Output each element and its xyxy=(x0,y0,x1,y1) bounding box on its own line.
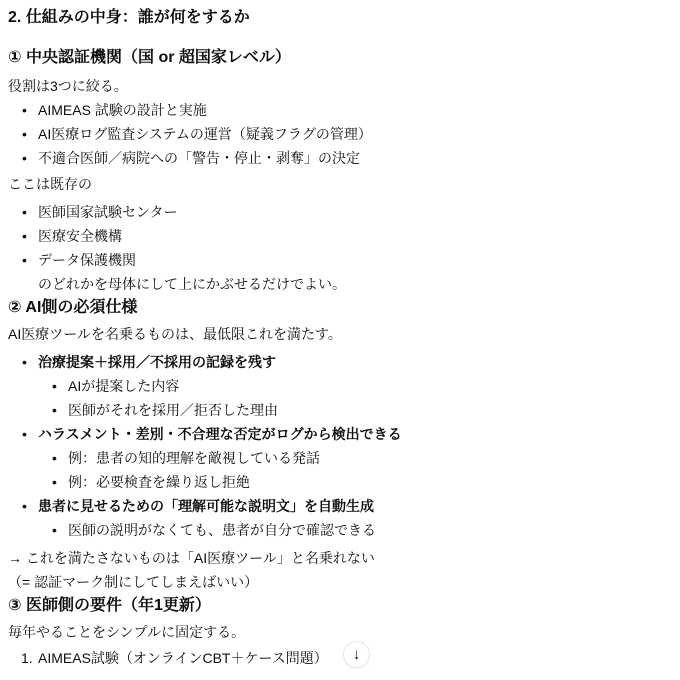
list-item-label: データ保護機関 xyxy=(38,248,660,272)
list-item: ハラスメント・差別・不合理な否定がログから検出できる 例：患者の知的理解を敵視し… xyxy=(8,422,660,494)
list-item: 例：患者の知的理解を敵視している発話 xyxy=(38,446,660,470)
section-3-intro: 毎年やることをシンプルに固定する。 xyxy=(8,622,660,642)
section-3-numbered-list: 1. AIMEAS試験（オンラインCBT＋ケース問題） xyxy=(8,646,660,670)
section-3-heading: ③ 医師側の要件（年1更新） xyxy=(8,594,660,618)
requirement-sublist: AIが提案した内容 医師がそれを採用／拒否した理由 xyxy=(38,374,660,422)
section-1-heading: ① 中央認証機関（国 or 超国家レベル） xyxy=(8,46,660,70)
requirement-label: 患者に見せるための「理解可能な説明文」を自動生成 xyxy=(38,498,374,514)
list-item: AIが提案した内容 xyxy=(38,374,660,398)
section-1-role-list: AIMEAS 試験の設計と実施 AI医療ログ監査システムの運営（疑義フラグの管理… xyxy=(8,98,660,170)
section-2-requirements-list: 治療提案＋採用／不採用の記録を残す AIが提案した内容 医師がそれを採用／拒否し… xyxy=(8,350,660,542)
page-title: 2. 仕組みの中身：誰が何をするか xyxy=(8,6,660,30)
list-item: データ保護機関 のどれかを母体にして上にかぶせるだけでよい。 xyxy=(8,248,660,296)
requirement-sublist: 例：患者の知的理解を敵視している発話 例：必要検査を繰り返し拒絶 xyxy=(38,446,660,494)
section-2-heading: ② AI側の必須仕様 xyxy=(8,296,660,320)
list-item: 患者に見せるための「理解可能な説明文」を自動生成 医師の説明がなくても、患者が自… xyxy=(8,494,660,542)
list-item: 例：必要検査を繰り返し拒絶 xyxy=(38,470,660,494)
list-item: 治療提案＋採用／不採用の記録を残す AIが提案した内容 医師がそれを採用／拒否し… xyxy=(8,350,660,422)
numbered-list-item: 1. AIMEAS試験（オンラインCBT＋ケース問題） xyxy=(8,646,660,670)
list-item: AIMEAS 試験の設計と実施 xyxy=(8,98,660,122)
requirement-label: 治療提案＋採用／不採用の記録を残す xyxy=(38,354,276,370)
scroll-to-bottom-button[interactable]: ↓ xyxy=(343,641,370,668)
list-item: 不適合医師／病院への「警告・停止・剥奪」の決定 xyxy=(8,146,660,170)
conclusion-line: （= 認証マーク制にしてしまえばいい） xyxy=(8,570,660,594)
section-1-body-list: 医師国家試験センター 医療安全機構 データ保護機関 のどれかを母体にして上にかぶ… xyxy=(8,200,660,296)
requirement-sublist: 医師の説明がなくても、患者が自分で確認できる xyxy=(38,518,660,542)
list-item: AI医療ログ監査システムの運営（疑義フラグの管理） xyxy=(8,122,660,146)
list-item-continuation: のどれかを母体にして上にかぶせるだけでよい。 xyxy=(38,272,660,296)
section-1-note: ここは既存の xyxy=(8,174,660,194)
down-arrow-icon: ↓ xyxy=(353,647,361,662)
requirement-label: ハラスメント・差別・不合理な否定がログから検出できる xyxy=(38,426,402,442)
list-item-label: AIMEAS試験（オンラインCBT＋ケース問題） xyxy=(38,650,328,666)
list-item: 医療安全機構 xyxy=(8,224,660,248)
list-item: 医師の説明がなくても、患者が自分で確認できる xyxy=(38,518,660,542)
document-page: 2. 仕組みの中身：誰が何をするか ① 中央認証機関（国 or 超国家レベル） … xyxy=(0,0,680,670)
list-item: 医師国家試験センター xyxy=(8,200,660,224)
list-item-number: 1. xyxy=(21,646,33,670)
section-2-intro: AI医療ツールを名乗るものは、最低限これを満たす。 xyxy=(8,324,660,344)
section-2-conclusion: → これを満たさないものは「AI医療ツール」と名乗れない （= 認証マーク制にし… xyxy=(8,546,660,594)
list-item: 医師がそれを採用／拒否した理由 xyxy=(38,398,660,422)
conclusion-line: → これを満たさないものは「AI医療ツール」と名乗れない xyxy=(8,546,660,570)
section-1-intro: 役割は3つに絞る。 xyxy=(8,76,660,96)
